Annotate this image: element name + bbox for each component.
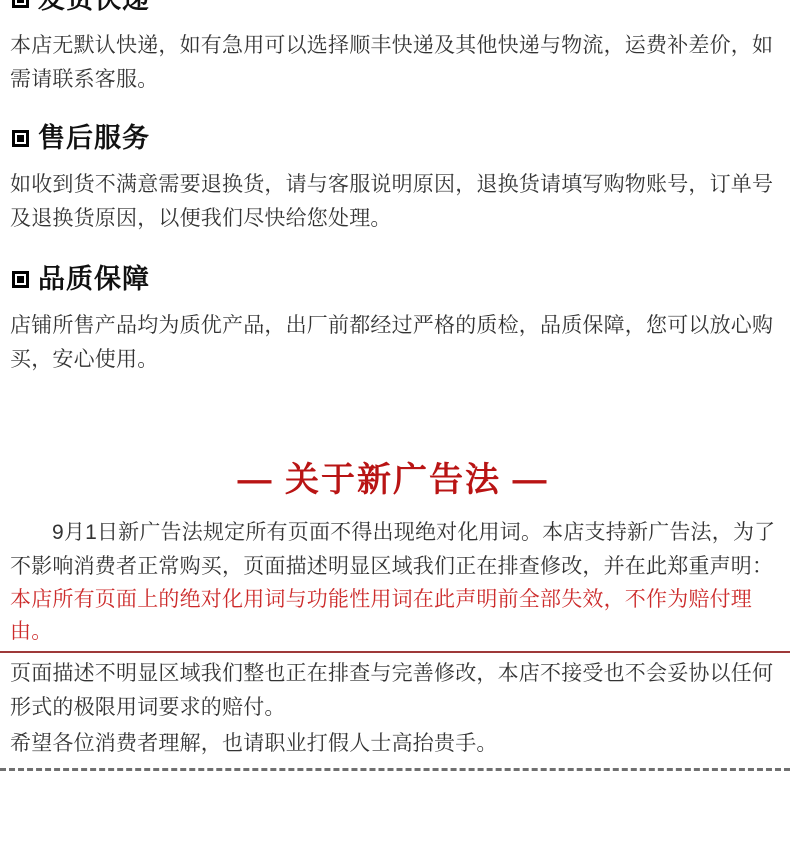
section-heading-aftersales: 售后服务 (10, 123, 776, 153)
adlaw-paragraph-1: 9月1日新广告法规定所有页面不得出现绝对化用词。本店支持新广告法，为了不影响消费… (10, 516, 776, 584)
square-bullet-icon (15, 0, 26, 5)
policy-page: 发货快递 本店无默认快递，如有急用可以选择顺丰快递及其他快递与物流，运费补差价，… (0, 0, 790, 771)
section-heading-quality: 品质保障 (10, 264, 776, 294)
square-bullet-icon (15, 274, 26, 285)
square-bullet-icon (15, 133, 26, 144)
section-title-shipping: 发货快递 (38, 0, 150, 14)
section-heading-shipping: 发货快递 (10, 0, 776, 14)
adlaw-red-statement: 本店所有页面上的绝对化用词与功能性用词在此声明前全部失效，不作为赔付理由。 (10, 584, 776, 648)
section-title-aftersales: 售后服务 (38, 123, 150, 153)
adlaw-title: — 关于新广告法 — (10, 461, 776, 499)
statement-underline (0, 651, 790, 653)
dotted-divider (0, 768, 790, 771)
section-title-quality: 品质保障 (38, 264, 150, 294)
section-body-shipping: 本店无默认快递，如有急用可以选择顺丰快递及其他快递与物流，运费补差价，如需请联系… (10, 29, 776, 97)
section-body-quality: 店铺所售产品均为质优产品，出厂前都经过严格的质检，品质保障，您可以放心购买，安心… (10, 309, 776, 377)
adlaw-paragraph-3: 希望各位消费者理解，也请职业打假人士高抬贵手。 (10, 727, 776, 761)
section-body-aftersales: 如收到货不满意需要退换货，请与客服说明原因，退换货请填写购物账号，订单号及退换货… (10, 168, 776, 236)
adlaw-paragraph-2: 页面描述不明显区域我们整也正在排查与完善修改，本店不接受也不会妥协以任何形式的极… (10, 657, 776, 725)
